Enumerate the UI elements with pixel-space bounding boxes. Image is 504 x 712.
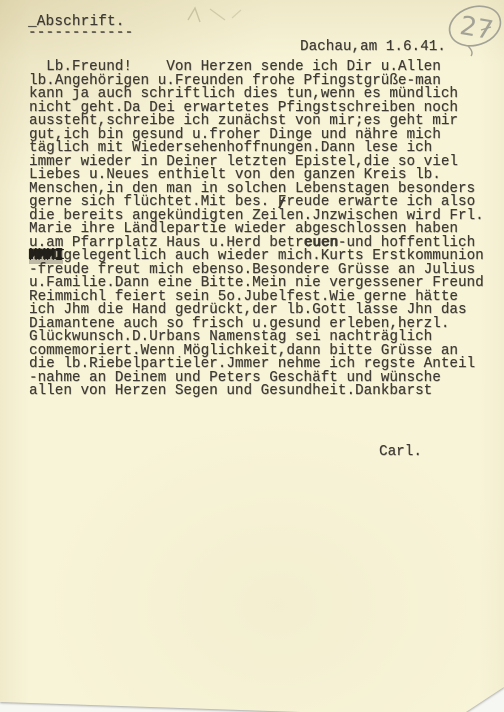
signature: Carl. xyxy=(379,445,422,459)
letter-segment: allen von Herzen Segen und Gesundheit.Da… xyxy=(29,383,432,399)
paper-shadow: _Abschrift. ------------ Dachau,am 1.6.4… xyxy=(0,0,504,712)
page-number-text: 27 xyxy=(458,11,496,46)
dateline: Dachau,am 1.6.41. xyxy=(300,40,446,54)
letter-page: _Abschrift. ------------ Dachau,am 1.6.4… xyxy=(0,0,504,712)
copy-label-underline: ------------ xyxy=(28,26,133,40)
letter-segment-slash: F xyxy=(278,196,287,210)
letter-line: allen von Herzen Segen und Gesundheit.Da… xyxy=(29,385,499,399)
scan-background: _Abschrift. ------------ Dachau,am 1.6.4… xyxy=(0,0,504,712)
letter-body: Lb.Freund! Von Herzen sende ich Dir u.Al… xyxy=(29,61,499,399)
pencil-smudge xyxy=(160,0,280,34)
pencil-circle-tail xyxy=(468,46,472,56)
handwritten-page-number: 27 xyxy=(438,0,504,58)
